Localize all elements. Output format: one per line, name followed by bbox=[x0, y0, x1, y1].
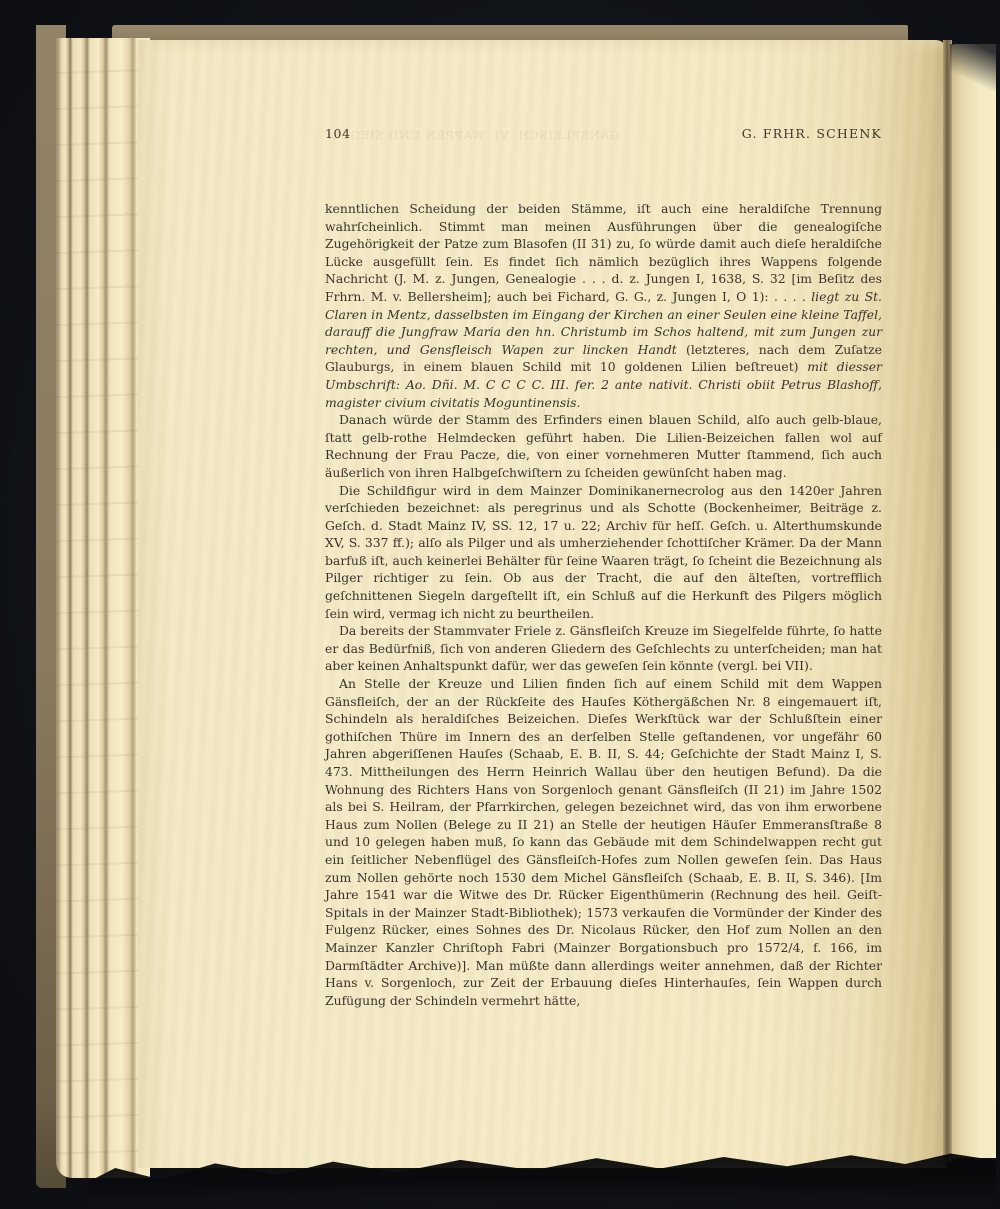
page-number: 104 bbox=[325, 126, 351, 141]
paragraph: kenntlichen Scheidung der beiden Stämme,… bbox=[325, 200, 882, 411]
gutter-crease bbox=[943, 40, 952, 1162]
text-block: kenntlichen Scheidung der beiden Stämme,… bbox=[325, 200, 882, 1009]
body-text: Die Schildfigur wird in dem Mainzer Domi… bbox=[325, 483, 882, 621]
paragraph: Da bereits der Stammvater Friele z. Gäns… bbox=[325, 622, 882, 675]
paragraph: An Stelle der Kreuze und Lilien finden ſ… bbox=[325, 675, 882, 1009]
photograph-of-open-book: 104 G. FRHR. SCHENK kenntlichen Scheidun… bbox=[0, 0, 1000, 1209]
facing-page-sliver bbox=[950, 44, 996, 1158]
body-text: kenntlichen Scheidung der beiden Stämme,… bbox=[325, 201, 882, 304]
running-header: 104 G. FRHR. SCHENK bbox=[325, 124, 882, 146]
print-area: 104 G. FRHR. SCHENK kenntlichen Scheidun… bbox=[325, 124, 882, 146]
paragraph: Danach würde der Stamm des Erfinders ein… bbox=[325, 411, 882, 481]
deckled-page-edges bbox=[56, 38, 150, 1178]
body-text: Danach würde der Stamm des Erfinders ein… bbox=[325, 412, 882, 480]
body-text: An Stelle der Kreuze und Lilien finden ſ… bbox=[325, 676, 882, 1008]
paragraph: Die Schildfigur wird in dem Mainzer Domi… bbox=[325, 482, 882, 623]
body-text: Da bereits der Stammvater Friele z. Gäns… bbox=[325, 623, 882, 673]
running-head-author: G. FRHR. SCHENK bbox=[742, 126, 882, 141]
book-page: 104 G. FRHR. SCHENK kenntlichen Scheidun… bbox=[138, 40, 946, 1168]
top-right-corner-shadow bbox=[950, 44, 1000, 114]
